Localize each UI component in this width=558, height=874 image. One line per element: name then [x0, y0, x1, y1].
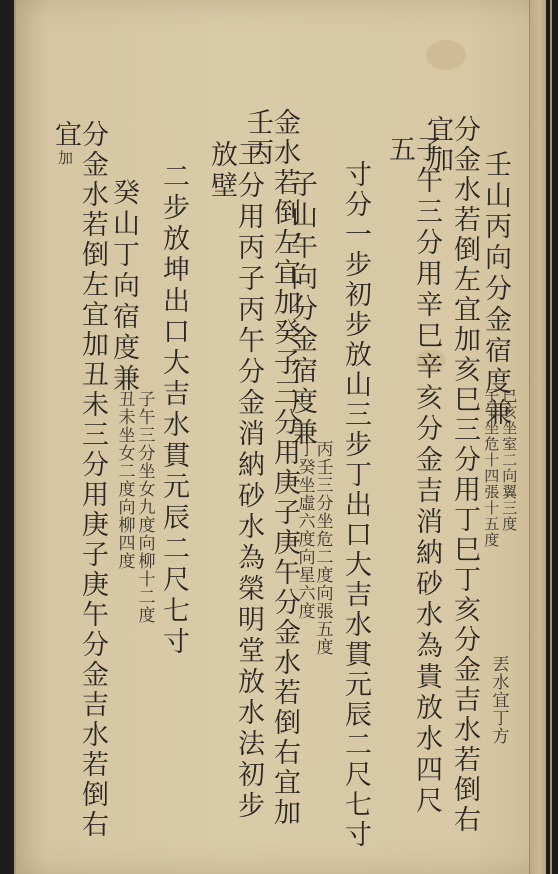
manuscript-page: 壬山丙向分金宿度兼 巳亥坐室二向翼三度 子午坐危十四張十五度 丟水宜丁方 分金水…	[14, 0, 546, 874]
annotation-left-9: 丑未坐女二度向柳四度	[114, 390, 134, 630]
annotation-tail-1: 丟水宜丁方	[488, 655, 508, 745]
annotation-right-9: 子午三分坐女九度向柳十二度	[134, 390, 154, 680]
column-tail-text: 加	[56, 150, 74, 166]
text-column-8: 二步放坤出口大吉水貫元辰二尺七寸	[160, 162, 187, 658]
text-column-9: 癸山丁向宿度兼	[110, 178, 137, 395]
text-column-4: 寸分一步初步放山三步丁出口大吉水貫元辰二尺七寸	[342, 160, 369, 860]
page-edge	[529, 0, 546, 874]
annotation-left-1: 子午坐危十四張十五度	[482, 388, 499, 638]
paper-stain	[426, 40, 466, 70]
column-main-text: 分金水若倒左宜加丑未三分用庚子庚午分金吉水若倒右宜	[50, 120, 108, 840]
column-main-text: 子午三分用辛巳辛亥分金吉消納砂水為貴放水四尺五	[384, 135, 442, 817]
page-fold	[550, 0, 552, 874]
text-column-7: 三分用丙子丙午分金消納砂水為榮明堂放水法初步放壁	[208, 140, 262, 840]
annotation-right-1: 巳亥坐室二向翼三度	[500, 388, 517, 628]
text-column-3: 子午三分用辛巳辛亥分金吉消納砂水為貴放水四尺五	[386, 135, 440, 835]
column-main-text: 二步放坤出口大吉水貫元辰二尺七寸	[158, 162, 189, 658]
column-main-text: 三分用丙子丙午分金消納砂水為榮明堂放水法初步放壁	[206, 140, 264, 822]
column-main-text: 癸山丁向宿度兼	[108, 178, 139, 395]
column-main-text: 寸分一步初步放山三步丁出口大吉水貫元辰二尺七寸	[340, 160, 371, 850]
text-column-10: 分金水若倒左宜加丑未三分用庚子庚午分金吉水若倒右宜加	[52, 120, 106, 840]
